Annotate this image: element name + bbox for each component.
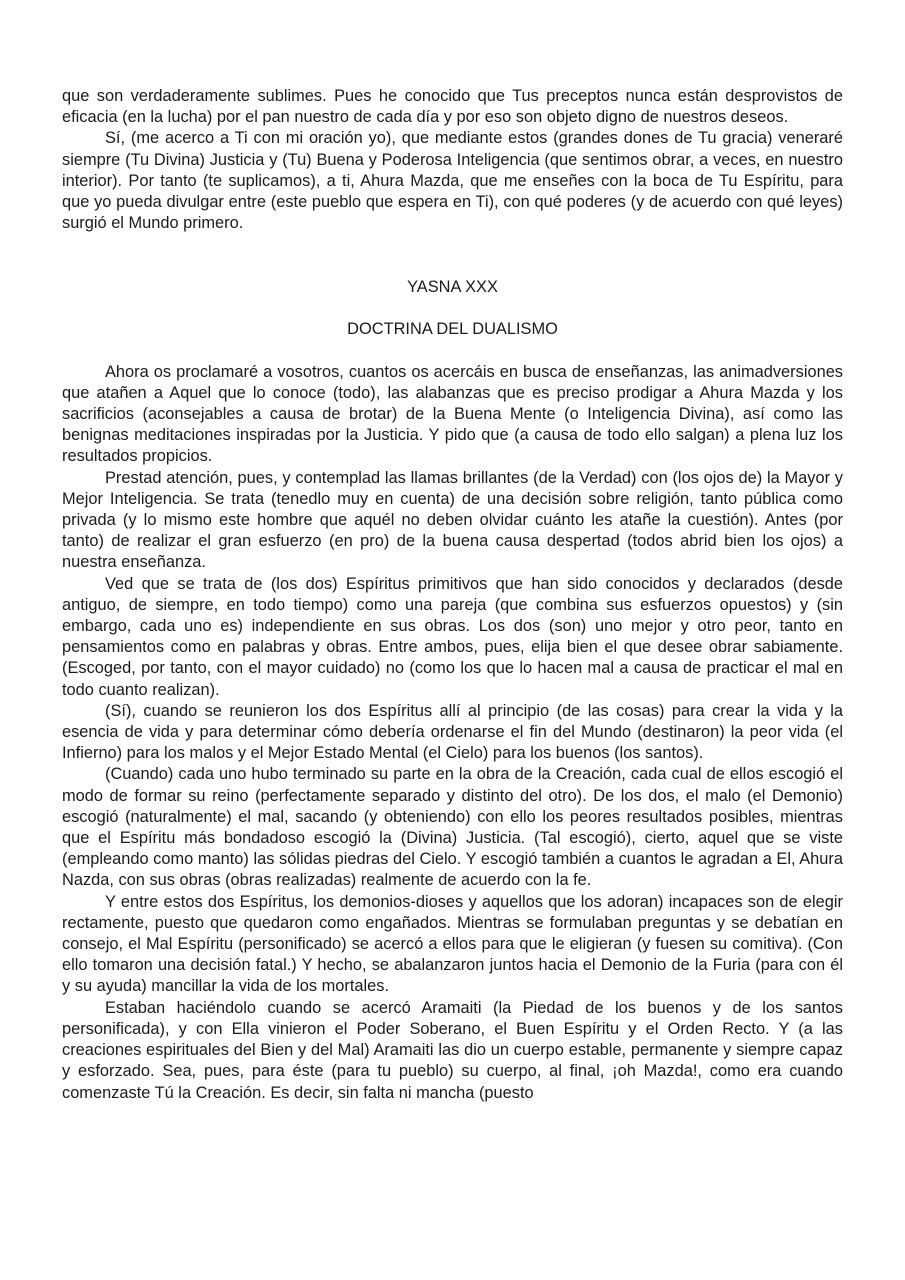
paragraph: Sí, (me acerco a Ti con mi oración yo), … xyxy=(62,128,843,234)
paragraph: Prestad atención, pues, y contemplad las… xyxy=(62,468,843,574)
body-paragraphs: Ahora os proclamaré a vosotros, cuantos … xyxy=(62,362,843,1104)
section-title: YASNA XXX xyxy=(62,277,843,298)
paragraph: Y entre estos dos Espíritus, los demonio… xyxy=(62,892,843,998)
intro-paragraphs: que son verdaderamente sublimes. Pues he… xyxy=(62,86,843,234)
document-text: que son verdaderamente sublimes. Pues he… xyxy=(62,86,843,1104)
paragraph: (Sí), cuando se reunieron los dos Espíri… xyxy=(62,701,843,765)
paragraph: Ahora os proclamaré a vosotros, cuantos … xyxy=(62,362,843,468)
paragraph: que son verdaderamente sublimes. Pues he… xyxy=(62,86,843,128)
section-subtitle: DOCTRINA DEL DUALISMO xyxy=(62,319,843,340)
paragraph: (Cuando) cada uno hubo terminado su part… xyxy=(62,764,843,891)
document-page: que son verdaderamente sublimes. Pues he… xyxy=(0,0,905,1280)
paragraph: Estaban haciéndolo cuando se acercó Aram… xyxy=(62,998,843,1104)
paragraph: Ved que se trata de (los dos) Espíritus … xyxy=(62,574,843,701)
